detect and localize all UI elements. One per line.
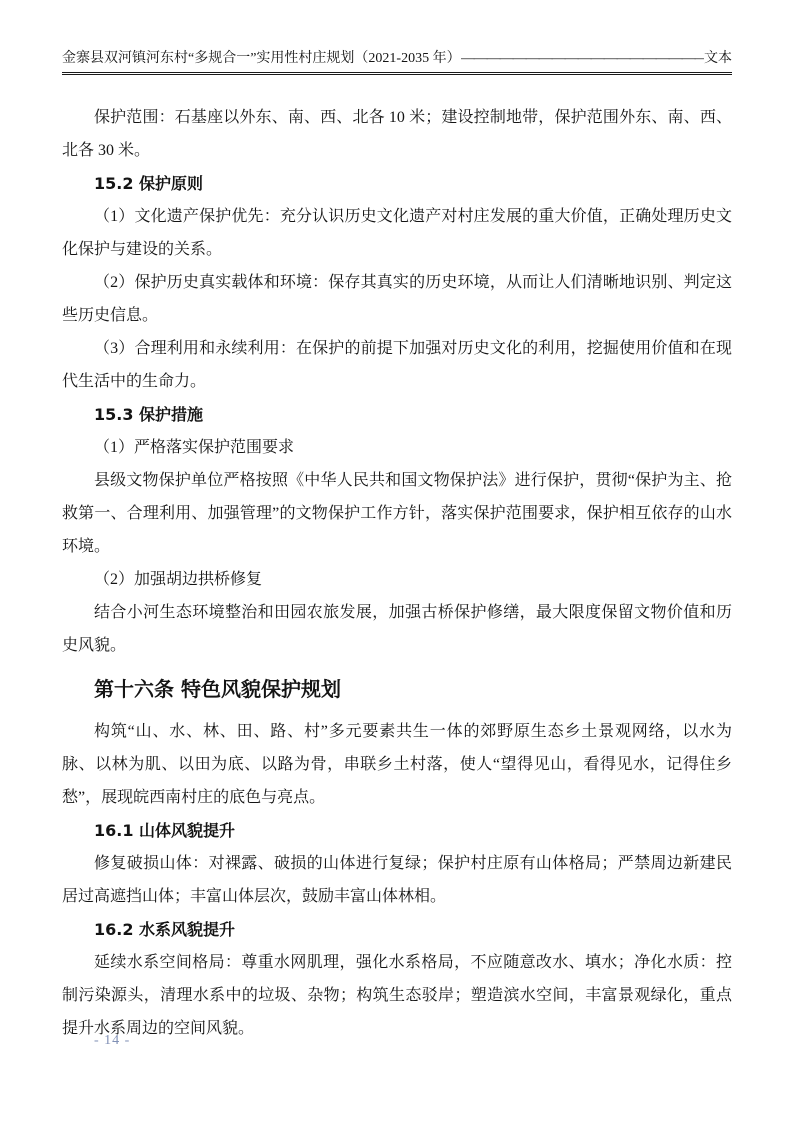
- subsection-heading-15-2: 15.2 保护原则: [62, 167, 732, 200]
- paragraph-measure-2-title: （2）加强胡边拱桥修复: [62, 563, 732, 596]
- document-body: 保护范围：石基座以外东、南、西、北各 10 米；建设控制地带，保护范围外东、南、…: [62, 101, 732, 1045]
- paragraph-measure-1-body: 县级文物保护单位严格按照《中华人民共和国文物保护法》进行保护，贯彻“保护为主、抢…: [62, 464, 732, 563]
- paragraph-measure-2-body: 结合小河生态环境整治和田园农旅发展，加强古桥保护修缮，最大限度保留文物价值和历史…: [62, 596, 732, 662]
- paragraph-article-16-intro: 构筑“山、水、林、田、路、村”多元要素共生一体的郊野原生态乡土景观网络，以水为脉…: [62, 715, 732, 814]
- paragraph-measure-1-title: （1）严格落实保护范围要求: [62, 431, 732, 464]
- subsection-heading-16-2: 16.2 水系风貌提升: [62, 913, 732, 946]
- subsection-heading-16-1: 16.1 山体风貌提升: [62, 814, 732, 847]
- header-doc-type-label: 文本: [704, 48, 732, 70]
- subsection-heading-15-3: 15.3 保护措施: [62, 398, 732, 431]
- header-title: 金寨县双河镇河东村“多规合一”实用性村庄规划（2021-2035 年）: [62, 48, 461, 70]
- page-number: - 14 -: [94, 1033, 130, 1049]
- header-dash-line: ————————————————————————————————: [461, 48, 704, 70]
- paragraph-water-enhancement: 延续水系空间格局：尊重水网肌理，强化水系格局，不应随意改水、填水；净化水质：控制…: [62, 946, 732, 1045]
- document-page: 金寨县双河镇河东村“多规合一”实用性村庄规划（2021-2035 年） ————…: [0, 0, 794, 1122]
- page-header: 金寨县双河镇河东村“多规合一”实用性村庄规划（2021-2035 年） ————…: [62, 48, 732, 75]
- section-heading-article-16: 第十六条 特色风貌保护规划: [62, 669, 732, 709]
- paragraph-mountain-enhancement: 修复破损山体：对裸露、破损的山体进行复绿；保护村庄原有山体格局；严禁周边新建民居…: [62, 847, 732, 913]
- paragraph-principle-1: （1）文化遗产保护优先：充分认识历史文化遗产对村庄发展的重大价值，正确处理历史文…: [62, 200, 732, 266]
- paragraph-protection-scope: 保护范围：石基座以外东、南、西、北各 10 米；建设控制地带，保护范围外东、南、…: [62, 101, 732, 167]
- paragraph-principle-3: （3）合理利用和永续利用：在保护的前提下加强对历史文化的利用，挖掘使用价值和在现…: [62, 332, 732, 398]
- paragraph-principle-2: （2）保护历史真实载体和环境：保存其真实的历史环境，从而让人们清晰地识别、判定这…: [62, 266, 732, 332]
